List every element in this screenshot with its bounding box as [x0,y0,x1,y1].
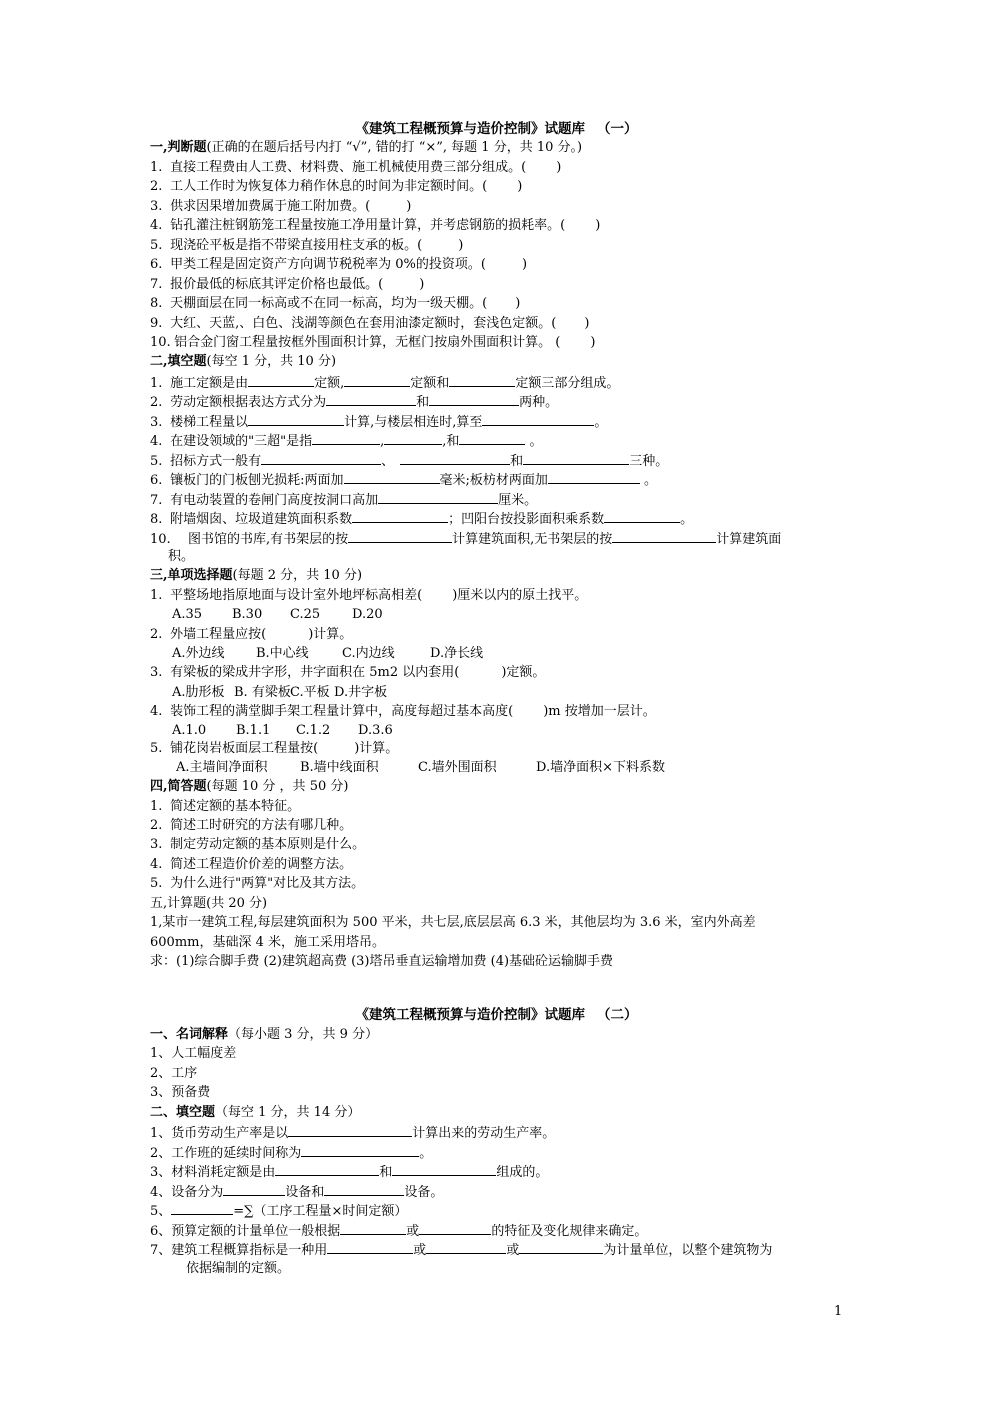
item-text: 镶板门的门板刨光损耗:两面加 [170,473,343,488]
fill-item-8: 8. 附墙烟囱、垃圾道建筑面积系数；凹阳台按投影面积乘系数。 [150,510,693,528]
item-text: ,和 [442,434,459,449]
item-text: 的特征及变化规律来确定。 [491,1224,647,1239]
fill-blank[interactable] [378,491,498,504]
calculation-problem-line-2: 600mm，基础深 4 米，施工采用塔吊。 [150,935,385,951]
item-text: 供求因果增加费属于施工附加费。( [170,199,370,214]
item-tail: ) [419,277,424,292]
item-text: 甲类工程是固定资产方向调节税税率为 0%的投资项。( [170,257,486,272]
option-d[interactable]: D.3.6 [358,723,393,739]
heading-title: 填空题 [168,354,207,369]
item-text: 两种。 [519,395,558,410]
fill-blank[interactable] [459,432,525,445]
item-number: 1. [150,376,166,392]
item-text: 装饰工程的满堂脚手架工程量计算中，高度每超过基本高度( [170,704,513,719]
item-number: 3. [150,199,166,215]
fill-blank[interactable] [327,1241,413,1254]
item-text: 在建设领域的"三超"是指 [170,434,312,449]
part2-fill-item-7: 7、建筑工程概算指标是一种用或或为计量单位，以整个建筑物为 [150,1241,772,1259]
part1-title-suffix: （一） [597,121,638,137]
judgement-item-8: 8. 天棚面层在同一标高或不在同一标高，均为一级天棚。() [150,296,520,312]
option-c[interactable]: C.1.2 [296,723,358,739]
choice-item-2: 2. 外墙工程量应按()计算。 [150,627,352,643]
fill-item-7: 7. 有电动装置的卷闸门高度按洞口高加厘米。 [150,491,537,509]
item-text: 定额和 [410,376,449,391]
fill-item-10-continued: 积。 [168,549,194,565]
fill-blank[interactable] [548,471,640,484]
judgement-item-5: 5. 现浇砼平板是指不带梁直接用柱支承的板。() [150,238,463,254]
heading-prefix: 二, [150,354,168,369]
item-text: 。 [525,434,542,449]
heading-note: （每小题 3 分，共 9 分） [228,1027,378,1042]
item-text: 图书馆的书库,有书架层的按 [188,532,348,547]
item-text: 预算定额的计量单位一般根据 [171,1224,340,1239]
item-text: 和 [379,1165,392,1180]
heading-title: 判断题 [168,140,207,155]
part1-title-text: 《建筑工程概预算与造价控制》试题库 [356,121,586,137]
part2-fill-item-7-continued: 依据编制的定额。 [186,1261,290,1277]
item-number: 1. [150,588,166,604]
item-number: 3. [150,837,166,853]
short-answer-item-5: 5. 为什么进行"两算"对比及其方法。 [150,876,364,892]
item-text: 简述工时研究的方法有哪几种。 [170,818,352,833]
choice-item-5: 5. 铺花岗岩板面层工程量按()计算。 [150,741,398,757]
choice-options-4: A.1.0B.1.1C.1.2D.3.6 [172,723,393,739]
item-text: 施工定额是由 [170,376,248,391]
item-text: 组成的。 [496,1165,548,1180]
item-text: 。 [640,473,657,488]
item-number: 5、 [150,1204,171,1219]
item-text: ；凹阳台按投影面积乘系数 [448,512,604,527]
judgement-item-10: 10. 铝合金门窗工程量按框外围面积计算，无框门按扇外围面积计算。 () [150,335,595,351]
judgement-item-9: 9. 大红、天蓝,、白色、浅湖等颜色在套用油漆定额时，套浅色定额。() [150,316,589,332]
fill-blank[interactable] [288,1124,412,1137]
item-text: 计算出来的劳动生产率。 [412,1126,555,1141]
part2-fill-item-4: 4、设备分为设备和设备。 [150,1183,443,1201]
heading-note: (每空 1 分，共 10 分) [207,354,337,369]
item-number: 9. [150,316,166,332]
item-text: 天棚面层在同一标高或不在同一标高，均为一级天棚。( [170,296,487,311]
section-heading-judgement: 一,判断题(正确的在题后括号内打 “√”, 错的打 “×”, 每题 1 分，共 … [150,140,582,156]
fill-blank[interactable] [612,530,716,543]
fill-blank[interactable] [312,432,380,445]
item-number: 2. [150,395,166,411]
part2-fill-item-2: 2、工作班的延续时间称为。 [150,1144,432,1162]
fill-blank[interactable] [340,1222,406,1235]
item-text: 制定劳动定额的基本原则是什么。 [170,837,365,852]
judgement-item-4: 4. 钻孔灌注桩钢筋笼工程量按施工净用量计算，并考虑钢筋的损耗率。() [150,218,600,234]
part1-title: 《建筑工程概预算与造价控制》试题库（一） [0,121,993,137]
fill-item-1: 1. 施工定额是由定额,定额和定额三部分组成。 [150,374,619,392]
judgement-item-6: 6. 甲类工程是固定资产方向调节税税率为 0%的投资项。() [150,257,527,273]
term-item-1: 1、人工幅度差 [150,1046,236,1062]
item-tail: ) [556,160,561,175]
fill-item-2: 2. 劳动定额根据表达方式分为和两种。 [150,393,558,411]
item-text: 和 [416,395,429,410]
item-text: 工人工作时为恢复体力稍作休息的时间为非定额时间。( [170,179,487,194]
item-number: 3. [150,415,166,431]
calculation-problem-line-1: 1,某市一建筑工程,每层建筑面积为 500 平米，共七层,底层层高 6.3 米，… [150,915,756,931]
fill-item-10: 10.图书馆的书库,有书架层的按计算建筑面积,无书架层的按计算建筑面 [150,530,781,548]
item-text: 毫米;板枋材两面加 [440,473,548,488]
item-number: 4. [150,704,166,720]
fill-blank[interactable] [429,393,519,406]
item-tail: ) [522,257,527,272]
choice-options-5: A.主墙间净面积B.墙中线面积C.墙外围面积D.墙净面积×下料系数 [176,760,665,776]
item-tail: )厘米以内的原土找平。 [452,588,587,603]
item-text: 计算,与楼层相连时,算至 [344,415,482,430]
heading-prefix: 三, [150,568,168,583]
item-text: 材料消耗定额是由 [171,1165,275,1180]
item-text: 直接工程费由人工费、材料费、施工机械使用费三部分组成。( [170,160,526,175]
item-text: 报价最低的标底其评定价格也最低。( [170,277,383,292]
option-a[interactable]: A.肋形板 [172,685,234,701]
choice-item-3: 3. 有梁板的梁成井字形，井字面积在 5m2 以内套用()定额。 [150,665,545,681]
item-text: 计算建筑面积,无书架层的按 [452,532,612,547]
fill-blank[interactable] [523,452,629,465]
option-c[interactable]: C.平板 [290,685,334,701]
fill-blank[interactable] [248,413,344,426]
item-text: 简述定额的基本特征。 [170,799,300,814]
item-number: 6、 [150,1224,171,1239]
item-text: 为什么进行"两算"对比及其方法。 [170,876,364,891]
fill-item-4: 4. 在建设领域的"三超"是指,,和 。 [150,432,543,450]
option-d[interactable]: D.墙净面积×下料系数 [536,760,665,776]
option-d[interactable]: D.井字板 [334,685,387,701]
heading-title: 单项选择题 [168,568,233,583]
part2-fill-item-6: 6、预算定额的计量单位一般根据或的特征及变化规律来确定。 [150,1222,647,1240]
item-text: 。 [594,415,607,430]
fill-blank[interactable] [604,510,680,523]
item-number: 7、 [150,1243,171,1258]
item-number: 2. [150,627,166,643]
item-number: 7. [150,277,166,293]
item-number: 5. [150,876,166,892]
part2-title-text: 《建筑工程概预算与造价控制》试题库 [356,1007,586,1023]
item-text: 平整场地指原地面与设计室外地坪标高相差( [170,588,422,603]
item-text: 建筑工程概算指标是一种用 [171,1243,327,1258]
heading-note: (每题 10 分 ，共 50 分) [207,779,349,794]
item-number: 5. [150,238,166,254]
item-text: 设备。 [404,1185,443,1200]
option-a[interactable]: A.外边线 [172,646,256,662]
option-a[interactable]: A.主墙间净面积 [176,760,300,776]
fill-blank[interactable] [426,1241,506,1254]
option-d[interactable]: D.净长线 [430,646,483,662]
item-number: 1. [150,160,166,176]
judgement-item-7: 7. 报价最低的标底其评定价格也最低。() [150,277,424,293]
item-tail: )计算。 [308,627,352,642]
item-tail: ) [590,335,595,350]
item-text: 计算建筑面 [716,532,781,547]
item-number: 4、 [150,1185,171,1200]
fill-blank[interactable] [344,471,440,484]
item-text: 大红、天蓝,、白色、浅湖等颜色在套用油漆定额时，套浅色定额。( [170,316,556,331]
item-number: 2. [150,818,166,834]
fill-blank[interactable] [261,452,381,465]
item-text: 铺花岗岩板面层工程量按( [170,741,318,756]
fill-blank[interactable] [348,530,452,543]
item-number: 10. [150,335,170,351]
fill-blank[interactable] [419,1222,491,1235]
item-text: 铝合金门窗工程量按框外围面积计算，无框门按扇外围面积计算。 ( [174,335,560,350]
item-text: 或 [413,1243,426,1258]
part2-title-suffix: （二） [597,1007,638,1023]
item-number: 2、 [150,1146,171,1161]
fill-blank[interactable] [171,1202,233,1215]
item-text: 厘米。 [498,493,537,508]
fill-blank[interactable] [326,393,416,406]
option-a[interactable]: A.1.0 [172,723,236,739]
item-text: 外墙工程量应按( [170,627,266,642]
item-number: 5. [150,741,166,757]
item-number: 3. [150,665,166,681]
option-b[interactable]: B.中心线 [256,646,342,662]
term-item-2: 2、工序 [150,1066,197,1082]
choice-options-3: A.肋形板B. 有梁板C.平板D.井字板 [172,685,387,701]
item-text: 。 [419,1146,432,1161]
item-text: 或 [406,1224,419,1239]
option-b[interactable]: B. 有梁板 [234,685,290,701]
item-text: 钻孔灌注桩钢筋笼工程量按施工净用量计算，并考虑钢筋的损耗率。( [170,218,565,233]
fill-item-6: 6. 镶板门的门板刨光损耗:两面加毫米;板枋材两面加 。 [150,471,657,489]
item-text: 楼梯工程量以 [170,415,248,430]
part2-section-heading-fill-blank: 二、填空题（每空 1 分，共 14 分） [150,1105,360,1121]
item-tail: ) [515,296,520,311]
item-text: 或 [506,1243,519,1258]
item-text: 现浇砼平板是指不带梁直接用柱支承的板。( [170,238,422,253]
item-text: 附墙烟囱、垃圾道建筑面积系数 [170,512,352,527]
page-number: 1 [834,1304,842,1319]
heading-note: （每空 1 分，共 14 分） [215,1105,360,1120]
item-text: 招标方式一般有 [170,454,261,469]
item-text: 为计量单位，以整个建筑物为 [603,1243,772,1258]
item-number: 4. [150,857,166,873]
part2-fill-item-5: 5、=∑（工序工程量×时间定额） [150,1202,407,1220]
item-tail: )定额。 [501,665,545,680]
item-tail: ) [458,238,463,253]
fill-blank[interactable] [275,1163,379,1176]
section-heading-short-answer: 四,简答题(每题 10 分 ，共 50 分) [150,779,348,795]
fill-item-3: 3. 楼梯工程量以计算,与楼层相连时,算至。 [150,413,607,431]
document-page: 《建筑工程概预算与造价控制》试题库（一） 一,判断题(正确的在题后括号内打 “√… [0,0,993,1404]
item-tail: ) [517,179,522,194]
fill-blank[interactable] [519,1241,603,1254]
part2-section-heading-terms: 一、名词解释（每小题 3 分，共 9 分） [150,1027,378,1043]
item-number: 4. [150,218,166,234]
judgement-item-3: 3. 供求因果增加费属于施工附加费。() [150,199,411,215]
judgement-item-1: 1. 直接工程费由人工费、材料费、施工机械使用费三部分组成。() [150,160,561,176]
fill-blank[interactable] [352,510,448,523]
fill-blank[interactable] [223,1183,285,1196]
option-b[interactable]: B.1.1 [236,723,296,739]
short-answer-item-1: 1. 简述定额的基本特征。 [150,799,300,815]
fill-blank[interactable] [449,374,515,387]
choice-options-2: A.外边线B.中心线C.内边线D.净长线 [172,646,483,662]
heading-prefix: 一, [150,140,168,155]
item-text: 劳动定额根据表达方式分为 [170,395,326,410]
item-text: 货币劳动生产率是以 [171,1126,288,1141]
choice-item-4: 4. 装饰工程的满堂脚手架工程量计算中，高度每超过基本高度()m 按增加一层计。 [150,704,656,720]
item-tail: )计算。 [354,741,398,756]
choice-item-1: 1. 平整场地指原地面与设计室外地坪标高相差()厘米以内的原土找平。 [150,588,587,604]
fill-blank[interactable] [384,432,442,445]
short-answer-item-3: 3. 制定劳动定额的基本原则是什么。 [150,837,365,853]
item-tail: ) [406,199,411,214]
item-number: 10. [150,532,170,548]
part2-fill-item-3: 3、材料消耗定额是由和组成的。 [150,1163,548,1181]
fill-item-5: 5. 招标方式一般有、和三种。 [150,452,668,470]
option-c[interactable]: C.25 [290,607,352,623]
section-heading-calculation: 五,计算题(共 20 分) [150,896,267,912]
item-text: =∑（工序工程量×时间定额） [233,1204,407,1219]
item-tail: ) [584,316,589,331]
heading-prefix: 四, [150,779,168,794]
choice-options-1: A.35B.30C.25D.20 [172,607,383,623]
item-text: 有梁板的梁成井字形，井字面积在 5m2 以内套用( [170,665,459,680]
item-text: 定额, [314,376,344,391]
heading-title: 简答题 [168,779,207,794]
item-number: 1、 [150,1126,171,1141]
calculation-ask: 求：(1)综合脚手费 (2)建筑超高费 (3)塔吊垂直运输增加费 (4)基础砼运… [150,954,613,970]
option-d[interactable]: D.20 [352,607,383,623]
item-number: 2. [150,179,166,195]
heading-title: 一、名词解释 [150,1027,228,1042]
item-text: 三种。 [629,454,668,469]
heading-note: (正确的在题后括号内打 “√”, 错的打 “×”, 每题 1 分，共 10 分。… [207,140,583,155]
fill-blank[interactable] [301,1144,419,1157]
option-a[interactable]: A.35 [172,607,232,623]
option-c[interactable]: C.墙外围面积 [418,760,536,776]
short-answer-item-2: 2. 简述工时研究的方法有哪几种。 [150,818,352,834]
item-text: 定额三部分组成。 [515,376,619,391]
section-heading-single-choice: 三,单项选择题(每题 2 分，共 10 分) [150,568,362,584]
item-number: 3、 [150,1165,171,1180]
fill-blank[interactable] [344,374,410,387]
item-text: 、 [381,454,394,469]
heading-note: (每题 2 分，共 10 分) [233,568,363,583]
option-b[interactable]: B.30 [232,607,290,623]
item-text: 工作班的延续时间称为 [171,1146,301,1161]
item-text: 简述工程造价价差的调整方法。 [170,857,352,872]
term-item-3: 3、预备费 [150,1085,210,1101]
item-tail: ) [595,218,600,233]
item-number: 1. [150,799,166,815]
item-text: 和 [510,454,523,469]
fill-blank[interactable] [392,1163,496,1176]
item-tail: )m 按增加一层计。 [543,704,656,719]
fill-blank[interactable] [324,1183,404,1196]
short-answer-item-4: 4. 简述工程造价价差的调整方法。 [150,857,352,873]
item-number: 6. [150,473,166,489]
item-number: 6. [150,257,166,273]
item-text: 。 [680,512,693,527]
fill-blank[interactable] [482,413,594,426]
option-b[interactable]: B.墙中线面积 [300,760,418,776]
fill-blank[interactable] [248,374,314,387]
item-number: 8. [150,296,166,312]
item-number: 7. [150,493,166,509]
section-heading-fill-blank: 二,填空题(每空 1 分，共 10 分) [150,354,336,370]
item-text: 有电动装置的卷闸门高度按洞口高加 [170,493,378,508]
heading-title: 二、填空题 [150,1105,215,1120]
fill-blank[interactable] [400,452,510,465]
part2-title: 《建筑工程概预算与造价控制》试题库（二） [0,1007,993,1023]
item-number: 4. [150,434,166,450]
item-number: 8. [150,512,166,528]
option-c[interactable]: C.内边线 [342,646,430,662]
judgement-item-2: 2. 工人工作时为恢复体力稍作休息的时间为非定额时间。() [150,179,522,195]
item-text: 设备分为 [171,1185,223,1200]
part2-fill-item-1: 1、货币劳动生产率是以计算出来的劳动生产率。 [150,1124,555,1142]
item-number: 5. [150,454,166,470]
item-text: 设备和 [285,1185,324,1200]
